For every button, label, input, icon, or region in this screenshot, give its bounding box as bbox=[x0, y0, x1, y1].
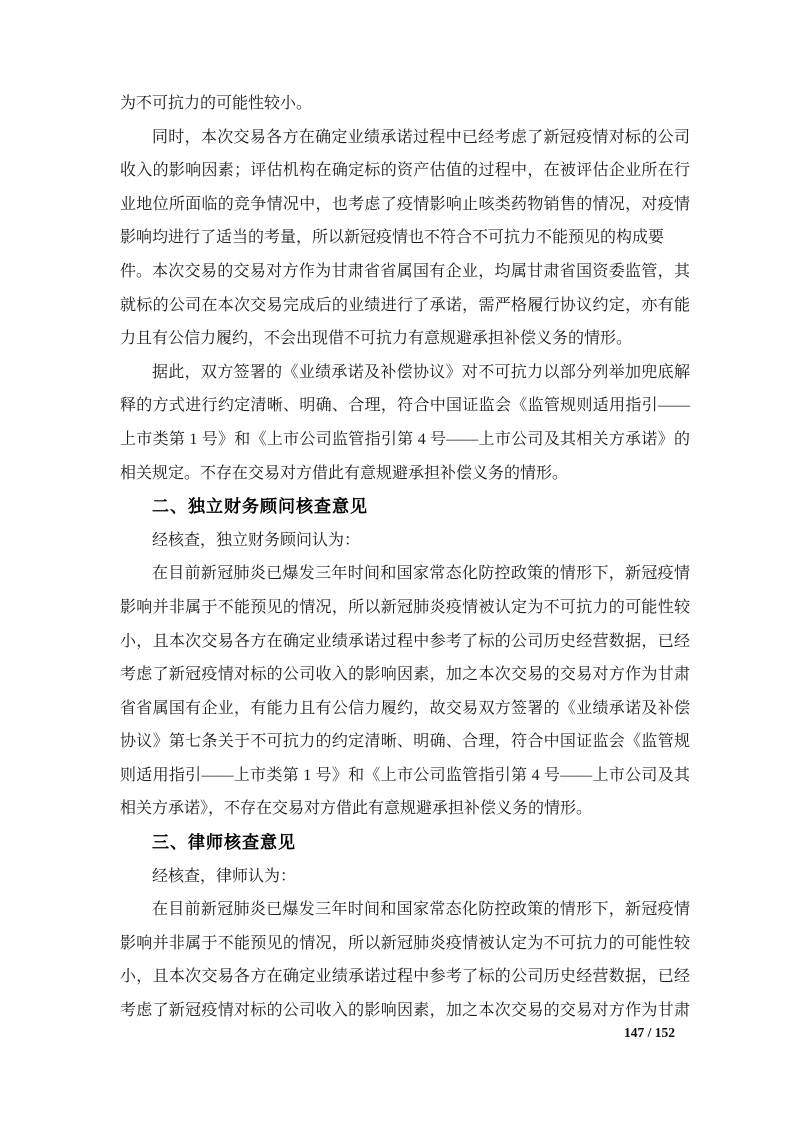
paragraph-line: 经核查，律师认为： bbox=[120, 860, 690, 894]
paragraph-line: 同时，本次交易各方在确定业绩承诺过程中已经考虑了新冠疫情对标的公司 bbox=[120, 121, 690, 155]
paragraph-line: 影响并非属于不能预见的情况，所以新冠肺炎疫情被认定为不可抗力的可能性较 bbox=[120, 927, 690, 961]
paragraph-line: 小，且本次交易各方在确定业绩承诺过程中参考了标的公司历史经营数据，已经 bbox=[120, 625, 690, 659]
paragraph-line: 影响均进行了适当的考量，所以新冠疫情也不符合不可抗力不能预见的构成要件。 bbox=[120, 221, 690, 255]
paragraph-line: 在目前新冠肺炎已爆发三年时间和国家常态化防控政策的情形下，新冠疫情 bbox=[120, 893, 690, 927]
page-number: 147 / 152 bbox=[624, 1025, 675, 1041]
paragraph-line: 上市类第 1 号》和《上市公司监管指引第 4 号——上市公司及其相关方承诺》的 bbox=[120, 423, 690, 457]
paragraph-line: 相关方承诺》，不存在交易对方借此有意规避承担补偿义务的情形。 bbox=[120, 792, 690, 826]
document-page: 为不可抗力的可能性较小。同时，本次交易各方在确定业绩承诺过程中已经考虑了新冠疫情… bbox=[0, 0, 793, 1122]
paragraph-line: 考虑了新冠疫情对标的公司收入的影响因素，加之本次交易的交易对方作为甘肃 bbox=[120, 994, 690, 1028]
paragraph-line: 经核查，独立财务顾问认为： bbox=[120, 524, 690, 558]
paragraph-line: 为不可抗力的可能性较小。 bbox=[120, 87, 690, 121]
paragraph-line: 影响并非属于不能预见的情况，所以新冠肺炎疫情被认定为不可抗力的可能性较 bbox=[120, 591, 690, 625]
paragraph-line: 则适用指引——上市类第 1 号》和《上市公司监管指引第 4 号——上市公司及其 bbox=[120, 759, 690, 793]
paragraph-line: 业地位所面临的竞争情况中，也考虑了疫情影响止咳类药物销售的情况，对疫情 bbox=[120, 188, 690, 222]
paragraph-line: 释的方式进行约定清晰、明确、合理，符合中国证监会《监管规则适用指引—— bbox=[120, 389, 690, 423]
section-heading: 二、独立财务顾问核查意见 bbox=[120, 490, 690, 524]
paragraph-line: 协议》第七条关于不可抗力的约定清晰、明确、合理，符合中国证监会《监管规 bbox=[120, 725, 690, 759]
paragraph-line: 在目前新冠肺炎已爆发三年时间和国家常态化防控政策的情形下，新冠疫情 bbox=[120, 557, 690, 591]
paragraph-line: 相关规定。不存在交易对方借此有意规避承担补偿义务的情形。 bbox=[120, 457, 690, 491]
document-body: 为不可抗力的可能性较小。同时，本次交易各方在确定业绩承诺过程中已经考虑了新冠疫情… bbox=[120, 87, 690, 1028]
paragraph-line: 就标的公司在本次交易完成后的业绩进行了承诺，需严格履行协议约定，亦有能 bbox=[120, 289, 690, 323]
paragraph-line: 考虑了新冠疫情对标的公司收入的影响因素，加之本次交易的交易对方作为甘肃 bbox=[120, 658, 690, 692]
paragraph-line: 本次交易的交易对方作为甘肃省省属国有企业，均属甘肃省国资委监管，其 bbox=[120, 255, 690, 289]
paragraph-line: 小，且本次交易各方在确定业绩承诺过程中参考了标的公司历史经营数据，已经 bbox=[120, 960, 690, 994]
paragraph-line: 省省属国有企业，有能力且有公信力履约，故交易双方签署的《业绩承诺及补偿 bbox=[120, 692, 690, 726]
section-heading: 三、律师核查意见 bbox=[120, 826, 690, 860]
paragraph-line: 据此，双方签署的《业绩承诺及补偿协议》对不可抗力以部分列举加兜底解 bbox=[120, 356, 690, 390]
paragraph-line: 力且有公信力履约，不会出现借不可抗力有意规避承担补偿义务的情形。 bbox=[120, 322, 690, 356]
paragraph-line: 收入的影响因素；评估机构在确定标的资产估值的过程中，在被评估企业所在行 bbox=[120, 154, 690, 188]
